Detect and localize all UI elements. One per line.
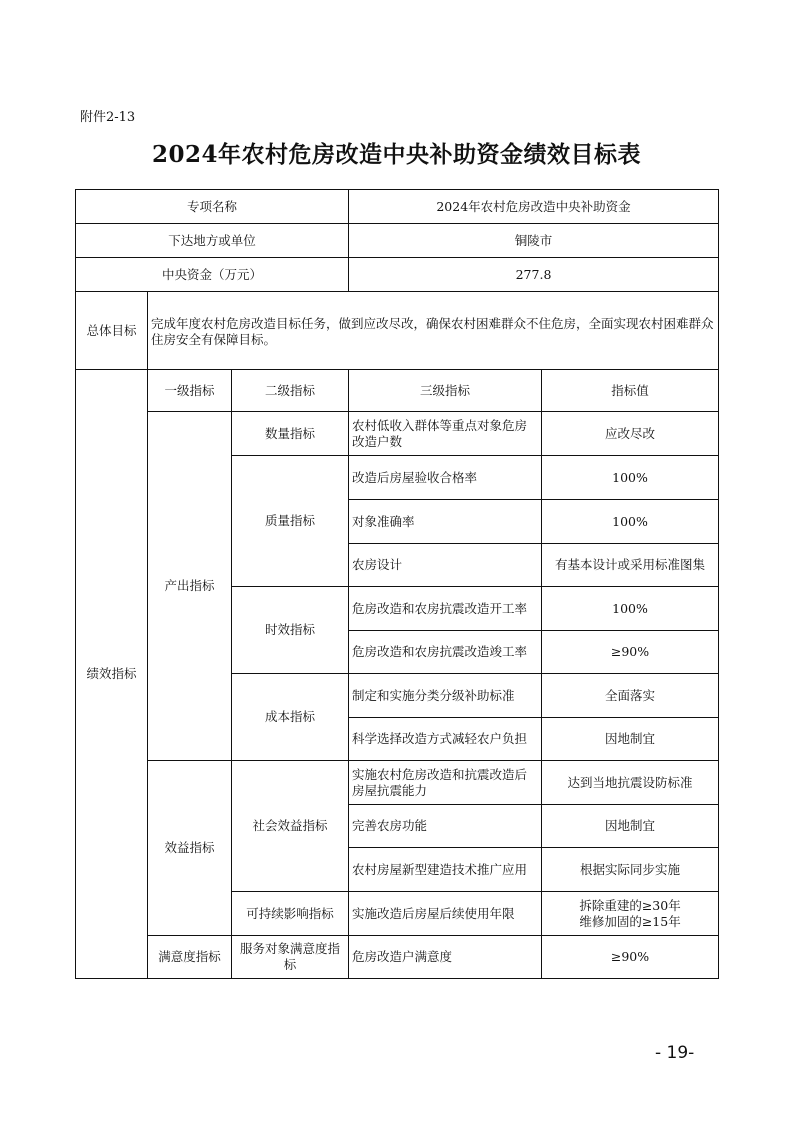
level3-indicator: 科学选择改造方式减轻农户负担 (349, 718, 542, 761)
header-value: 指标值 (542, 370, 719, 412)
info-row: 专项名称 2024年农村危房改造中央补助资金 (76, 190, 719, 224)
level3-indicator: 实施农村危房改造和抗震改造后房屋抗震能力 (349, 761, 542, 805)
level3-indicator: 危房改造和农房抗震改造竣工率 (349, 631, 542, 674)
level2-service: 服务对象满意度指标 (232, 936, 349, 979)
info-value: 铜陵市 (349, 224, 719, 258)
page-title: 2024年农村危房改造中央补助资金绩效目标表 (0, 136, 793, 169)
indicator-value: ≥90% (542, 631, 719, 674)
info-row: 中央资金（万元） 277.8 (76, 258, 719, 292)
table-row: 满意度指标 服务对象满意度指标 危房改造户满意度 ≥90% (76, 936, 719, 979)
level1-benefit: 效益指标 (148, 761, 232, 936)
level1-satisfaction: 满意度指标 (148, 936, 232, 979)
level2-timeliness: 时效指标 (232, 587, 349, 674)
indicator-value: 拆除重建的≥30年 维修加固的≥15年 (542, 892, 719, 936)
page-number: - 19- (655, 1043, 694, 1063)
indicator-value: 因地制宜 (542, 805, 719, 848)
attachment-label: 附件2-13 (80, 106, 135, 125)
header-level2: 二级指标 (232, 370, 349, 412)
level2-sustainable: 可持续影响指标 (232, 892, 349, 936)
indicator-value: ≥90% (542, 936, 719, 979)
performance-label: 绩效指标 (76, 370, 148, 979)
indicator-value-line2: 维修加固的≥15年 (545, 914, 715, 930)
indicator-value: 因地制宜 (542, 718, 719, 761)
level3-indicator: 农村低收入群体等重点对象危房改造户数 (349, 412, 542, 456)
header-row: 绩效指标 一级指标 二级指标 三级指标 指标值 (76, 370, 719, 412)
level3-indicator: 改造后房屋验收合格率 (349, 456, 542, 500)
header-level1: 一级指标 (148, 370, 232, 412)
indicator-value: 全面落实 (542, 674, 719, 718)
indicator-value: 达到当地抗震设防标准 (542, 761, 719, 805)
level2-cost: 成本指标 (232, 674, 349, 761)
overall-goal-row: 总体目标 完成年度农村危房改造目标任务，做到应改尽改，确保农村困难群众不住危房，… (76, 292, 719, 370)
level3-indicator: 危房改造户满意度 (349, 936, 542, 979)
level3-indicator: 危房改造和农房抗震改造开工率 (349, 587, 542, 631)
overall-goal-text: 完成年度农村危房改造目标任务，做到应改尽改，确保农村困难群众不住危房，全面实现农… (148, 292, 719, 370)
info-label: 下达地方或单位 (76, 224, 349, 258)
level1-output: 产出指标 (148, 412, 232, 761)
level2-quantity: 数量指标 (232, 412, 349, 456)
level3-indicator: 完善农房功能 (349, 805, 542, 848)
info-label: 中央资金（万元） (76, 258, 349, 292)
level3-indicator: 对象准确率 (349, 500, 542, 544)
level2-social: 社会效益指标 (232, 761, 349, 892)
indicator-value: 100% (542, 456, 719, 500)
level3-indicator: 制定和实施分类分级补助标准 (349, 674, 542, 718)
info-value: 2024年农村危房改造中央补助资金 (349, 190, 719, 224)
performance-target-table: 专项名称 2024年农村危房改造中央补助资金 下达地方或单位 铜陵市 中央资金（… (75, 189, 719, 979)
indicator-value: 100% (542, 587, 719, 631)
info-value: 277.8 (349, 258, 719, 292)
level3-indicator: 农村房屋新型建造技术推广应用 (349, 848, 542, 892)
header-level3: 三级指标 (349, 370, 542, 412)
info-label: 专项名称 (76, 190, 349, 224)
table-row: 效益指标 社会效益指标 实施农村危房改造和抗震改造后房屋抗震能力 达到当地抗震设… (76, 761, 719, 805)
level2-quality: 质量指标 (232, 456, 349, 587)
overall-goal-label: 总体目标 (76, 292, 148, 370)
indicator-value: 100% (542, 500, 719, 544)
level3-indicator: 农房设计 (349, 544, 542, 587)
table-row: 产出指标 数量指标 农村低收入群体等重点对象危房改造户数 应改尽改 (76, 412, 719, 456)
indicator-value: 有基本设计或采用标准图集 (542, 544, 719, 587)
indicator-value: 应改尽改 (542, 412, 719, 456)
level3-indicator: 实施改造后房屋后续使用年限 (349, 892, 542, 936)
info-row: 下达地方或单位 铜陵市 (76, 224, 719, 258)
indicator-value: 根据实际同步实施 (542, 848, 719, 892)
indicator-value-line1: 拆除重建的≥30年 (545, 898, 715, 914)
